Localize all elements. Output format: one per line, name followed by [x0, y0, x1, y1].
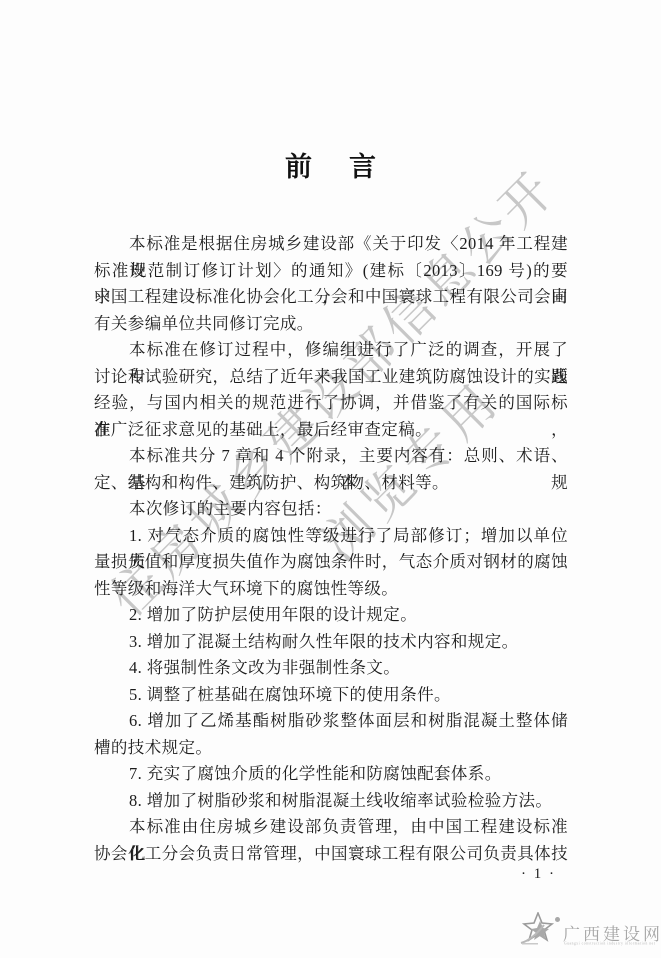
text-line: 4. 将强制性条文改为非强制性条文。	[94, 655, 568, 682]
text-line: 性等级和海洋大气环境下的腐蚀性等级。	[94, 576, 568, 603]
text-line: 有关参编单位共同修订完成。	[94, 311, 568, 338]
body-text: 本标准是根据住房城乡建设部《关于印发〈2014 年工程建设标准规范制订修订计划〉…	[94, 231, 568, 867]
text-line: 本标准是根据住房城乡建设部《关于印发〈2014 年工程建设	[94, 231, 568, 258]
text-line: 本次修订的主要内容包括：	[94, 496, 568, 523]
document-page: 住房城乡建设部信息公开 浏览专用 前 言 本标准是根据住房城乡建设部《关于印发〈…	[0, 0, 661, 958]
text-line: 本标准由住房城乡建设部负责管理，由中国工程建设标准化	[94, 814, 568, 841]
text-line: 6. 增加了乙烯基酯树脂砂浆整体面层和树脂混凝土整体储	[94, 708, 568, 735]
page-title: 前 言	[0, 151, 661, 183]
text-line: 本标准在修订过程中，修编组进行了广泛的调查，开展了专题	[94, 337, 568, 364]
text-line: 经验，与国内相关的规范进行了协调，并借鉴了有关的国际标准，	[94, 390, 568, 417]
page-title-char-2: 言	[349, 151, 376, 183]
dot-icon	[555, 917, 560, 922]
text-line: 1. 对气态介质的腐蚀性等级进行了局部修订；增加以单位质	[94, 523, 568, 550]
text-line: 5. 调整了桩基础在腐蚀环境下的使用条件。	[94, 682, 568, 709]
text-line: 中国工程建设标准化协会化工分会和中国寰球工程有限公司会同	[94, 284, 568, 311]
text-line: 槽的技术规定。	[94, 735, 568, 762]
text-line: 本标准共分 7 章和 4 个附录，主要内容有：总则、术语、基本规	[94, 443, 568, 470]
text-line: 8. 增加了树脂砂浆和树脂混凝土线收缩率试验检验方法。	[94, 788, 568, 815]
page-title-char-1: 前	[285, 151, 312, 183]
text-line: 7. 充实了腐蚀介质的化学性能和防腐蚀配套体系。	[94, 761, 568, 788]
text-line: 3. 增加了混凝土结构耐久性年限的技术内容和规定。	[94, 629, 568, 656]
text-line: 协会化工分会负责日常管理，中国寰球工程有限公司负责具体技	[94, 841, 568, 868]
logo-caption: Guangxi construction industry informatio…	[564, 941, 655, 946]
star-swoosh-icon	[519, 912, 557, 951]
page-number: · 1 ·	[94, 866, 568, 883]
text-line: 2. 增加了防护层使用年限的设计规定。	[94, 602, 568, 629]
text-line: 量损失值和厚度损失值作为腐蚀条件时，气态介质对钢材的腐蚀	[94, 549, 568, 576]
site-logo: 广西建设网 Guangxi construction industry info…	[519, 908, 661, 952]
text-line: 讨论和试验研究，总结了近年来我国工业建筑防腐蚀设计的实践	[94, 364, 568, 391]
text-line: 标准规范制订修订计划〉的通知》(建标〔2013〕169 号)的要求，由	[94, 258, 568, 285]
